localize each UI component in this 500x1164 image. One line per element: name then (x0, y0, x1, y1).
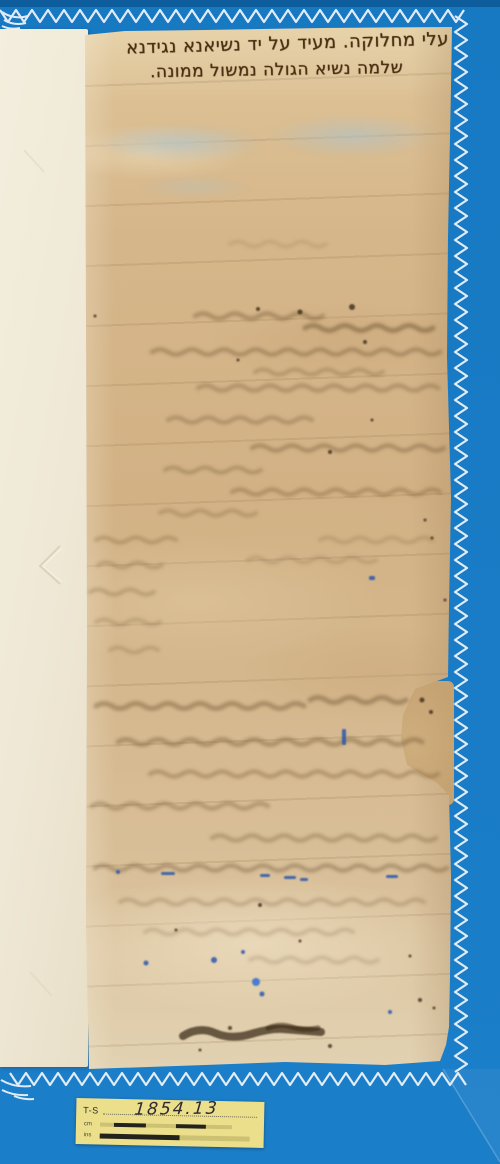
folder-paper (0, 29, 88, 1067)
classmark-label: T-S 1854.13 cm ins (76, 1098, 265, 1148)
ins-unit-label: ins (82, 1132, 100, 1138)
scale-segment (100, 1133, 180, 1140)
stitch-line-right (455, 16, 467, 1072)
cm-scale-bar (100, 1123, 232, 1130)
classmark-prefix: T-S (83, 1105, 99, 1115)
cm-unit-label: cm (82, 1121, 100, 1127)
stitch-line-bottom (10, 1073, 466, 1085)
header-line-1: עלי מחלוקה. מעיד על יד נשיאנא נגידנא (126, 28, 449, 58)
stitch-line-top (0, 10, 464, 22)
scale-segment (206, 1125, 232, 1130)
manuscript-fragment: עלי מחלוקה. מעיד על יד נשיאנא נגידנא שלמ… (85, 27, 455, 1070)
scale-segment (176, 1124, 206, 1129)
thread-tails-top (2, 12, 28, 29)
scale-segment (100, 1123, 114, 1127)
ins-scale-bar (100, 1133, 250, 1141)
classmark-number: 1854.13 (133, 1099, 219, 1120)
scale-segment (114, 1123, 146, 1128)
scale-segment (146, 1123, 176, 1128)
header-line-2: שלמה נשיא הגולה נמשול ממונה. (150, 58, 404, 82)
fragment-header: עלי מחלוקה. מעיד על יד נשיאנא נגידנא שלמ… (85, 27, 455, 105)
scale-segment (180, 1135, 250, 1141)
sheet-corner-edge (443, 1069, 500, 1162)
photo-canvas: עלי מחלוקה. מעיד על יד נשיאנא נגידנא שלמ… (0, 0, 500, 1164)
thread-tails-bottom (1, 1080, 34, 1099)
